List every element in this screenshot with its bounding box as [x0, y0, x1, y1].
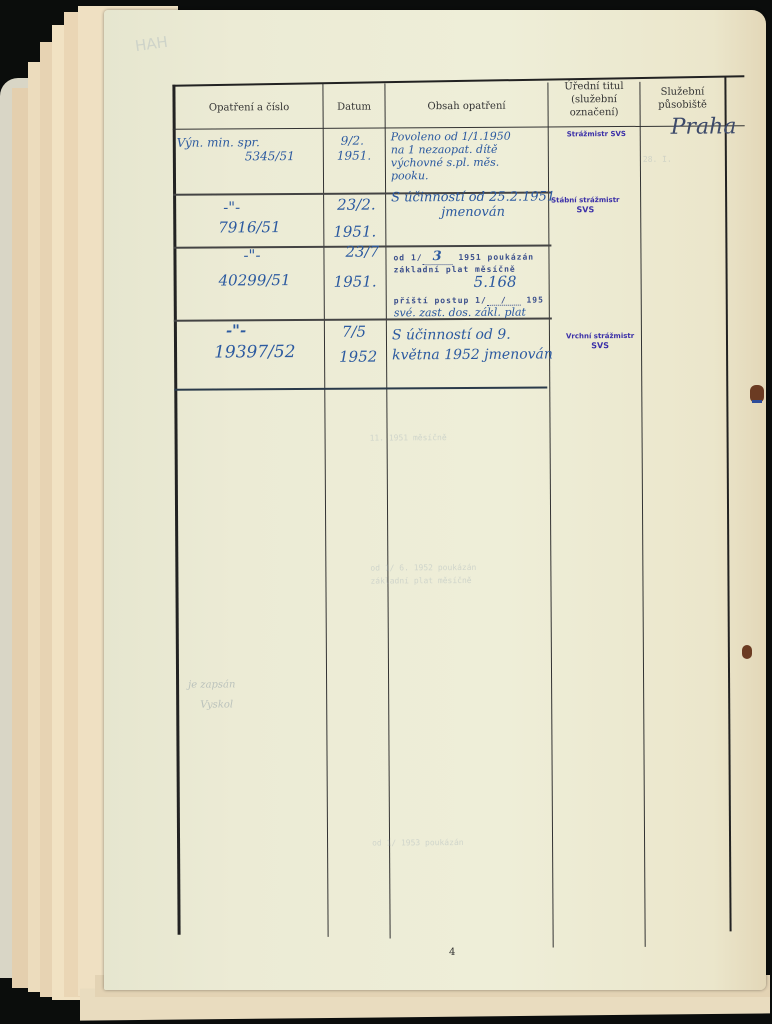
bleed-through-text: od 1/ 1953 poukázán: [372, 838, 464, 848]
bleed-through-text: základní plat měsíčně: [370, 576, 471, 586]
bleed-through-text: 11. 1951 měsíčně: [370, 433, 447, 442]
date-year: 1951.: [333, 224, 376, 241]
column-divider: [322, 84, 328, 937]
date-day: 9/2.: [341, 134, 364, 148]
column-divider: [639, 82, 645, 947]
date-day: 7/5: [342, 324, 366, 341]
title-stamp: Stábní strážmistr SVS: [551, 195, 619, 215]
row-divider: [174, 386, 547, 390]
header-content: Obsah opatření: [385, 85, 547, 126]
page-number: 4: [449, 947, 455, 958]
printed-suffix: poukázán: [488, 253, 535, 262]
header-title: Úřední titul (služební označení): [548, 79, 639, 120]
date-day: 23/2.: [337, 197, 376, 214]
content-line: jmenován: [441, 206, 505, 220]
content-line: S účinností od 9.: [392, 328, 511, 343]
measure-number: 19397/52: [214, 344, 296, 361]
stamp-unit: SVS: [566, 341, 634, 351]
blank-field: /: [487, 296, 521, 306]
measure-ditto: -"-: [223, 199, 240, 216]
binder-clip-mark: [752, 400, 762, 403]
header-measure: Opatření a číslo: [175, 87, 322, 128]
date-year: 1951.: [337, 149, 371, 163]
content-line: S účinností od 25.2.1951: [391, 190, 555, 205]
date-year: 1951.: [334, 274, 377, 291]
date-year: 1952: [339, 349, 377, 366]
content-line: pooku.: [391, 169, 429, 183]
content-note: své. zast. dos. zákl. plat: [394, 306, 526, 321]
location-handwritten: Praha: [671, 114, 737, 139]
title-stamp: Strážmistr SVS: [567, 129, 626, 139]
register-table: Opatření a číslo Datum Obsah opatření Úř…: [172, 76, 752, 937]
stamp-rank: Vrchní strážmistr: [566, 331, 634, 341]
header-date: Datum: [323, 86, 384, 126]
title-stamp: Vrchní strážmistr SVS: [566, 331, 634, 351]
stamp-unit: SVS: [551, 205, 619, 215]
measure-line: Výn. min. spr.: [177, 135, 260, 150]
measure-number: 40299/51: [219, 272, 291, 289]
header-location: Služební působiště: [640, 78, 724, 119]
printed-line: od 1/3 1951 poukázán: [393, 250, 534, 265]
measure-ditto: -"-: [243, 247, 260, 264]
measure-number: 7916/51: [218, 219, 280, 236]
printed-year: 195: [526, 295, 544, 304]
margin-note: Vyskol: [200, 699, 233, 710]
measure-ditto: -"-: [226, 322, 246, 339]
salary-amount: 5.168: [474, 274, 517, 291]
bleed-through-text: od 1/ 6. 1952 poukázán: [370, 563, 476, 573]
content-line: výchovné s.pl. měs.: [391, 156, 499, 171]
margin-note: je zapsán: [188, 679, 235, 690]
content-line: května 1952 jmenován: [392, 347, 553, 362]
printed-prefix: od 1/: [393, 253, 422, 262]
filled-month: 3: [423, 249, 453, 265]
printed-prefix: příští postup 1/: [394, 296, 487, 306]
column-divider: [724, 76, 731, 931]
printed-line: příští postup 1// 195: [394, 295, 544, 305]
column-divider: [384, 83, 390, 938]
date-day: 23/7: [345, 244, 379, 261]
stamp-rank: Stábní strážmistr: [551, 195, 619, 205]
printed-year: 1951: [458, 253, 481, 262]
measure-number: 5345/51: [245, 149, 295, 163]
bleed-through-text: 28. I.: [643, 155, 672, 164]
